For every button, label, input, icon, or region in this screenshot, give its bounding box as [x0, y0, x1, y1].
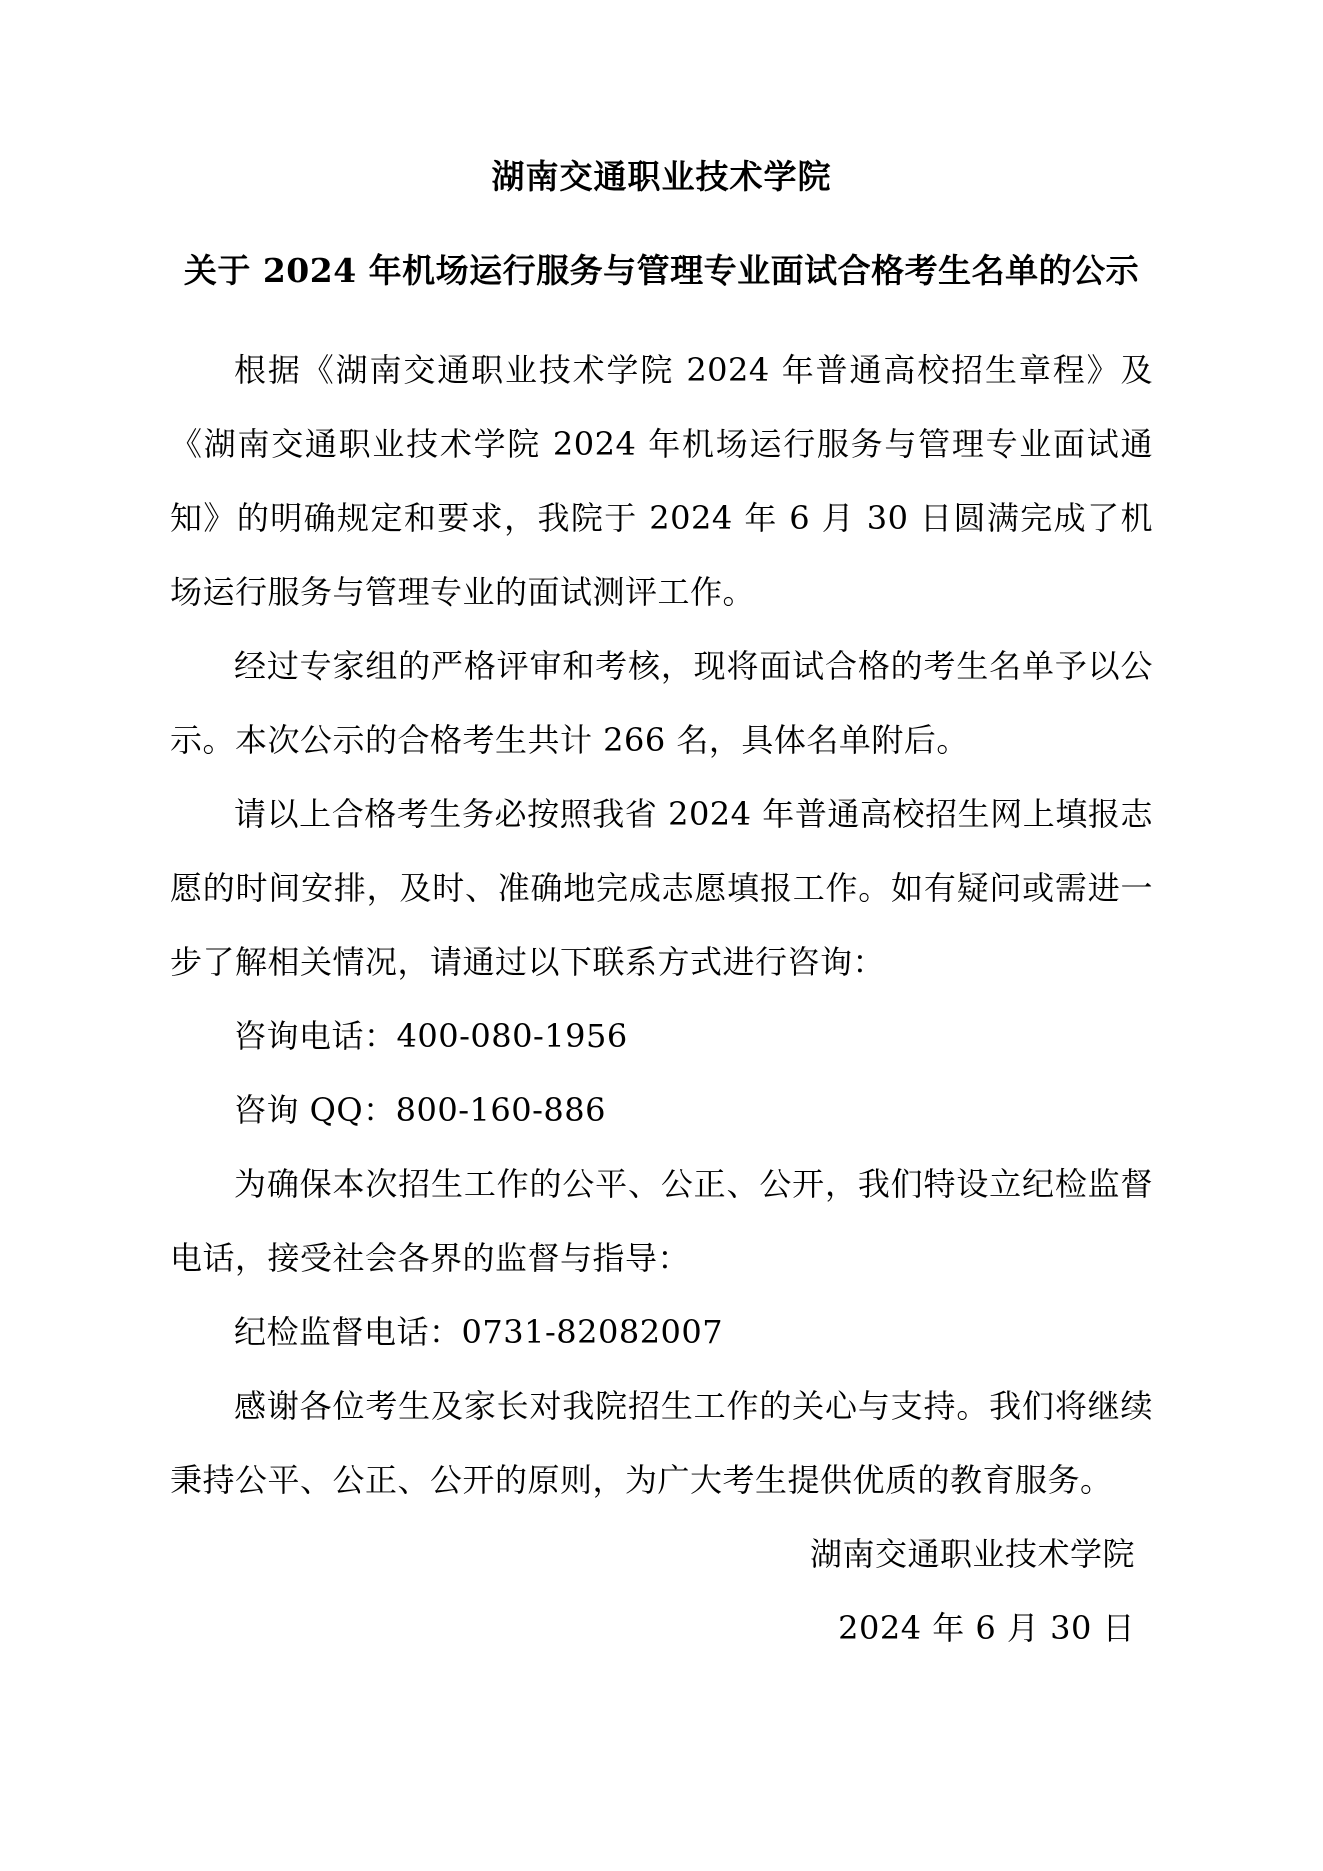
signature-date: 2024 年 6 月 30 日	[170, 1591, 1153, 1665]
supervision-phone-line: 纪检监督电话：0731-82082007	[170, 1295, 1153, 1369]
paragraph-thanks: 感谢各位考生及家长对我院招生工作的关心与支持。我们将继续秉持公平、公正、公开的原…	[170, 1369, 1153, 1517]
document-title-subject: 关于 2024 年机场运行服务与管理专业面试合格考生名单的公示	[170, 249, 1153, 293]
contact-qq-line: 咨询 QQ：800-160-886	[170, 1073, 1153, 1147]
paragraph-instructions: 请以上合格考生务必按照我省 2024 年普通高校招生网上填报志愿的时间安排，及时…	[170, 777, 1153, 999]
contact-phone-line: 咨询电话：400-080-1956	[170, 999, 1153, 1073]
document-page: 湖南交通职业技术学院 关于 2024 年机场运行服务与管理专业面试合格考生名单的…	[0, 0, 1323, 1871]
document-title-org: 湖南交通职业技术学院	[170, 155, 1153, 199]
paragraph-basis: 根据《湖南交通职业技术学院 2024 年普通高校招生章程》及《湖南交通职业技术学…	[170, 333, 1153, 629]
signature-organization: 湖南交通职业技术学院	[170, 1517, 1153, 1591]
paragraph-result-count: 经过专家组的严格评审和考核，现将面试合格的考生名单予以公示。本次公示的合格考生共…	[170, 629, 1153, 777]
paragraph-supervision: 为确保本次招生工作的公平、公正、公开，我们特设立纪检监督电话，接受社会各界的监督…	[170, 1147, 1153, 1295]
